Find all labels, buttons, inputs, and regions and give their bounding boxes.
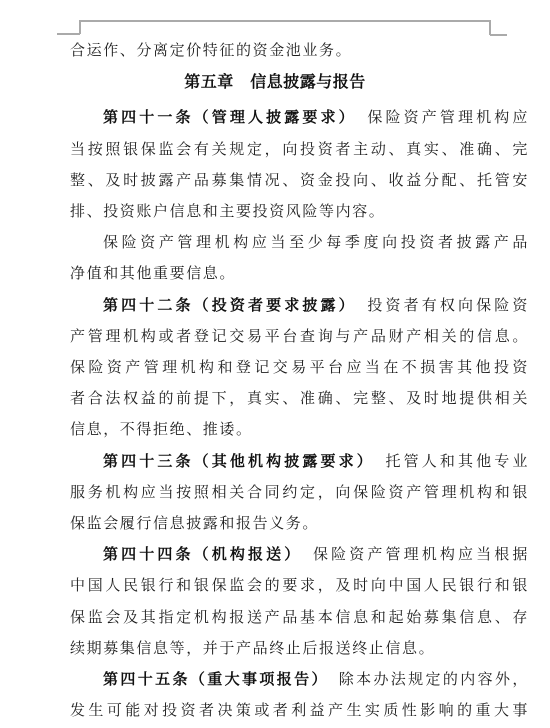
article-title-bold: 第四十三条（其他机构披露要求）	[103, 454, 367, 470]
chapter-heading: 第五章 信息披露与报告	[0, 67, 550, 98]
text-segment: 续期募集信息等，并于产品终止后报送终止信息。	[70, 641, 435, 657]
article-title-bold: 第五章 信息披露与报告	[184, 74, 366, 91]
document-text: 合运作、分离定价特征的资金池业务。第五章 信息披露与报告第四十一条（管理人披露要…	[70, 36, 529, 727]
text-segment: 托管人和其他专业	[367, 454, 529, 470]
text-line: 保监会及其指定机构报送产品基本信息和起始募集信息、存	[70, 603, 529, 634]
text-segment: 保险资产管理机构应当根据	[295, 547, 529, 563]
text-line: 第四十四条（机构报送） 保险资产管理机构应当根据	[70, 540, 529, 571]
text-segment: 净值和其他重要信息。	[70, 266, 236, 282]
text-segment: 除本办法规定的内容外，	[321, 672, 529, 688]
text-segment: 中国人民银行和银保监会的要求，及时向中国人民银行和银	[70, 578, 529, 594]
text-line: 中国人民银行和银保监会的要求，及时向中国人民银行和银	[70, 571, 529, 602]
text-segment: 当按照银保监会有关规定，向投资者主动、真实、准确、完	[70, 142, 529, 158]
text-line: 者合法权益的前提下，真实、准确、完整、及时地提供相关	[70, 384, 529, 415]
text-line: 保险资产管理机构和登记交易平台应当在不损害其他投资	[70, 353, 529, 384]
text-line: 产管理机构或者登记交易平台查询与产品财产相关的信息。	[70, 322, 529, 353]
text-segment: 信息，不得拒绝、推诿。	[70, 422, 253, 438]
text-line: 净值和其他重要信息。	[70, 259, 529, 290]
text-boundary-mark-right-vertical	[489, 20, 491, 35]
document-page: 合运作、分离定价特征的资金池业务。第五章 信息披露与报告第四十一条（管理人披露要…	[0, 0, 550, 728]
text-segment: 保险资产管理机构应当至少每季度向投资者披露产品	[103, 235, 529, 251]
text-boundary-mark-left-vertical	[79, 20, 81, 34]
text-line: 排、投资账户信息和主要投资风险等内容。	[70, 197, 529, 228]
text-segment: 保监会及其指定机构报送产品基本信息和起始募集信息、存	[70, 610, 529, 626]
text-line: 保险资产管理机构应当至少每季度向投资者披露产品	[70, 228, 529, 259]
text-line: 保监会履行信息披露和报告义务。	[70, 509, 529, 540]
text-segment: 服务机构应当按照相关合同约定，向保险资产管理机构和银	[70, 485, 529, 501]
text-line: 续期募集信息等，并于产品终止后报送终止信息。	[70, 634, 529, 665]
article-title-bold: 第四十五条（重大事项报告）	[103, 672, 321, 688]
text-boundary-mark-top-line	[80, 20, 490, 22]
text-line: 第四十五条（重大事项报告） 除本办法规定的内容外，	[70, 665, 529, 696]
text-line: 当按照银保监会有关规定，向投资者主动、真实、准确、完	[70, 135, 529, 166]
text-segment: 保监会履行信息披露和报告义务。	[70, 516, 319, 532]
text-line: 整、及时披露产品募集情况、资金投向、收益分配、托管安	[70, 166, 529, 197]
text-segment: 保险资产管理机构应	[349, 110, 529, 126]
text-line: 第四十二条（投资者要求披露） 投资者有权向保险资	[70, 291, 529, 322]
text-segment: 产管理机构或者登记交易平台查询与产品财产相关的信息。	[70, 329, 529, 345]
text-line: 合运作、分离定价特征的资金池业务。	[70, 36, 529, 67]
text-segment: 投资者有权向保险资	[349, 298, 529, 314]
text-line: 第四十三条（其他机构披露要求） 托管人和其他专业	[70, 447, 529, 478]
text-segment: 者合法权益的前提下，真实、准确、完整、及时地提供相关	[70, 391, 529, 407]
text-segment: 整、及时披露产品募集情况、资金投向、收益分配、托管安	[70, 173, 529, 189]
text-boundary-mark-left-foot	[57, 33, 80, 35]
text-segment: 保险资产管理机构和登记交易平台应当在不损害其他投资	[70, 360, 529, 376]
article-title-bold: 第四十四条（机构报送）	[103, 547, 295, 563]
text-segment: 合运作、分离定价特征的资金池业务。	[70, 43, 352, 59]
article-title-bold: 第四十一条（管理人披露要求）	[103, 110, 349, 126]
text-segment: 排、投资账户信息和主要投资风险等内容。	[70, 204, 385, 220]
text-segment: 发生可能对投资者决策或者利益产生实质性影响的重大事	[70, 703, 529, 719]
text-line: 第四十一条（管理人披露要求） 保险资产管理机构应	[70, 103, 529, 134]
text-line: 服务机构应当按照相关合同约定，向保险资产管理机构和银	[70, 478, 529, 509]
text-line: 发生可能对投资者决策或者利益产生实质性影响的重大事	[70, 696, 529, 727]
article-title-bold: 第四十二条（投资者要求披露）	[103, 298, 349, 314]
text-line: 信息，不得拒绝、推诿。	[70, 415, 529, 446]
